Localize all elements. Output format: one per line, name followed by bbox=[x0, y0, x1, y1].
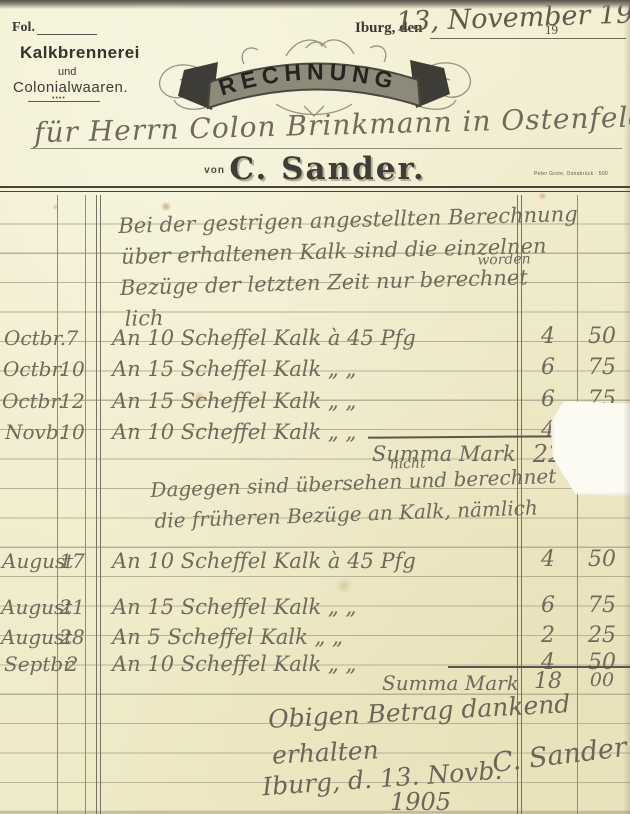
item-pfennig: 75 bbox=[579, 593, 625, 618]
summa-second-label: Summa Mark bbox=[382, 671, 519, 695]
item-description: An 10 Scheffel Kalk à 45 Pfg bbox=[112, 326, 416, 350]
item-month: Octbr. bbox=[3, 357, 57, 381]
foxing-spot bbox=[160, 202, 172, 211]
item-description: An 15 Scheffel Kalk „ „ bbox=[112, 357, 356, 381]
item-month: August bbox=[1, 595, 55, 619]
von-label: von bbox=[204, 165, 225, 176]
item-description: An 10 Scheffel Kalk „ „ bbox=[112, 652, 356, 676]
item-pfennig: 50 bbox=[579, 324, 625, 349]
item-month: August bbox=[1, 625, 55, 649]
item-day: 2 bbox=[57, 652, 87, 676]
letterhead-business-line2: und bbox=[58, 66, 76, 78]
foxing-spot bbox=[52, 204, 59, 210]
ledger-vline-pfennig bbox=[577, 195, 578, 814]
letterhead-ornament-rule bbox=[28, 101, 100, 102]
item-pfennig: 25 bbox=[579, 623, 625, 648]
item-mark: 2 bbox=[522, 623, 574, 648]
item-month: Octbr. bbox=[4, 326, 58, 350]
item-month: Septbr bbox=[4, 652, 58, 676]
item-day: 10 bbox=[57, 357, 87, 381]
item-description: An 15 Scheffel Kalk „ „ bbox=[112, 389, 356, 413]
foxing-spot bbox=[538, 192, 547, 200]
item-day: 10 bbox=[57, 420, 87, 444]
item-mark: 6 bbox=[522, 593, 574, 618]
item-month: Novb. bbox=[5, 420, 59, 444]
item-day: 28 bbox=[57, 625, 87, 649]
item-mark: 4 bbox=[522, 324, 574, 349]
sum-rule-second bbox=[448, 666, 630, 668]
intro-insert-word: worden bbox=[477, 251, 531, 268]
scan-bottom-edge bbox=[0, 809, 630, 814]
ledger-vline-main-left bbox=[96, 195, 101, 814]
letterhead-business-line3: Colonialwaaren. bbox=[13, 79, 128, 96]
item-pfennig: 75 bbox=[579, 355, 625, 380]
item-month: August bbox=[2, 549, 56, 573]
item-mark: 6 bbox=[522, 355, 574, 380]
item-day: 21 bbox=[57, 595, 87, 619]
summa-second-pfennig: 00 bbox=[579, 669, 625, 691]
fol-underline bbox=[37, 34, 97, 35]
item-day: 7 bbox=[57, 326, 87, 350]
item-pfennig: 50 bbox=[579, 547, 625, 572]
company-row: von C. Sander. bbox=[0, 151, 630, 187]
item-month: Octbr. bbox=[2, 389, 56, 413]
item-description: An 10 Scheffel Kalk à 45 Pfg bbox=[112, 549, 416, 573]
ledger-vline-1 bbox=[57, 195, 58, 814]
customer-underline bbox=[30, 148, 622, 149]
company-name: C. Sander. bbox=[229, 151, 425, 187]
item-day: 17 bbox=[57, 549, 87, 573]
item-description: An 15 Scheffel Kalk „ „ bbox=[112, 595, 356, 619]
item-description: An 10 Scheffel Kalk „ „ bbox=[112, 420, 356, 444]
item-description: An 5 Scheffel Kalk „ „ bbox=[112, 625, 343, 649]
item-day: 12 bbox=[57, 389, 87, 413]
foxing-spot bbox=[334, 578, 354, 593]
middle-insert-word: nicht bbox=[389, 455, 426, 472]
item-mark: 4 bbox=[522, 547, 574, 572]
letterhead-business-line1: Kalkbrennerei bbox=[20, 43, 140, 63]
scan-top-edge bbox=[0, 0, 630, 9]
scan-right-edge bbox=[623, 0, 630, 814]
ledger-vline-2 bbox=[85, 195, 86, 814]
fol-label: Fol. bbox=[12, 20, 35, 36]
